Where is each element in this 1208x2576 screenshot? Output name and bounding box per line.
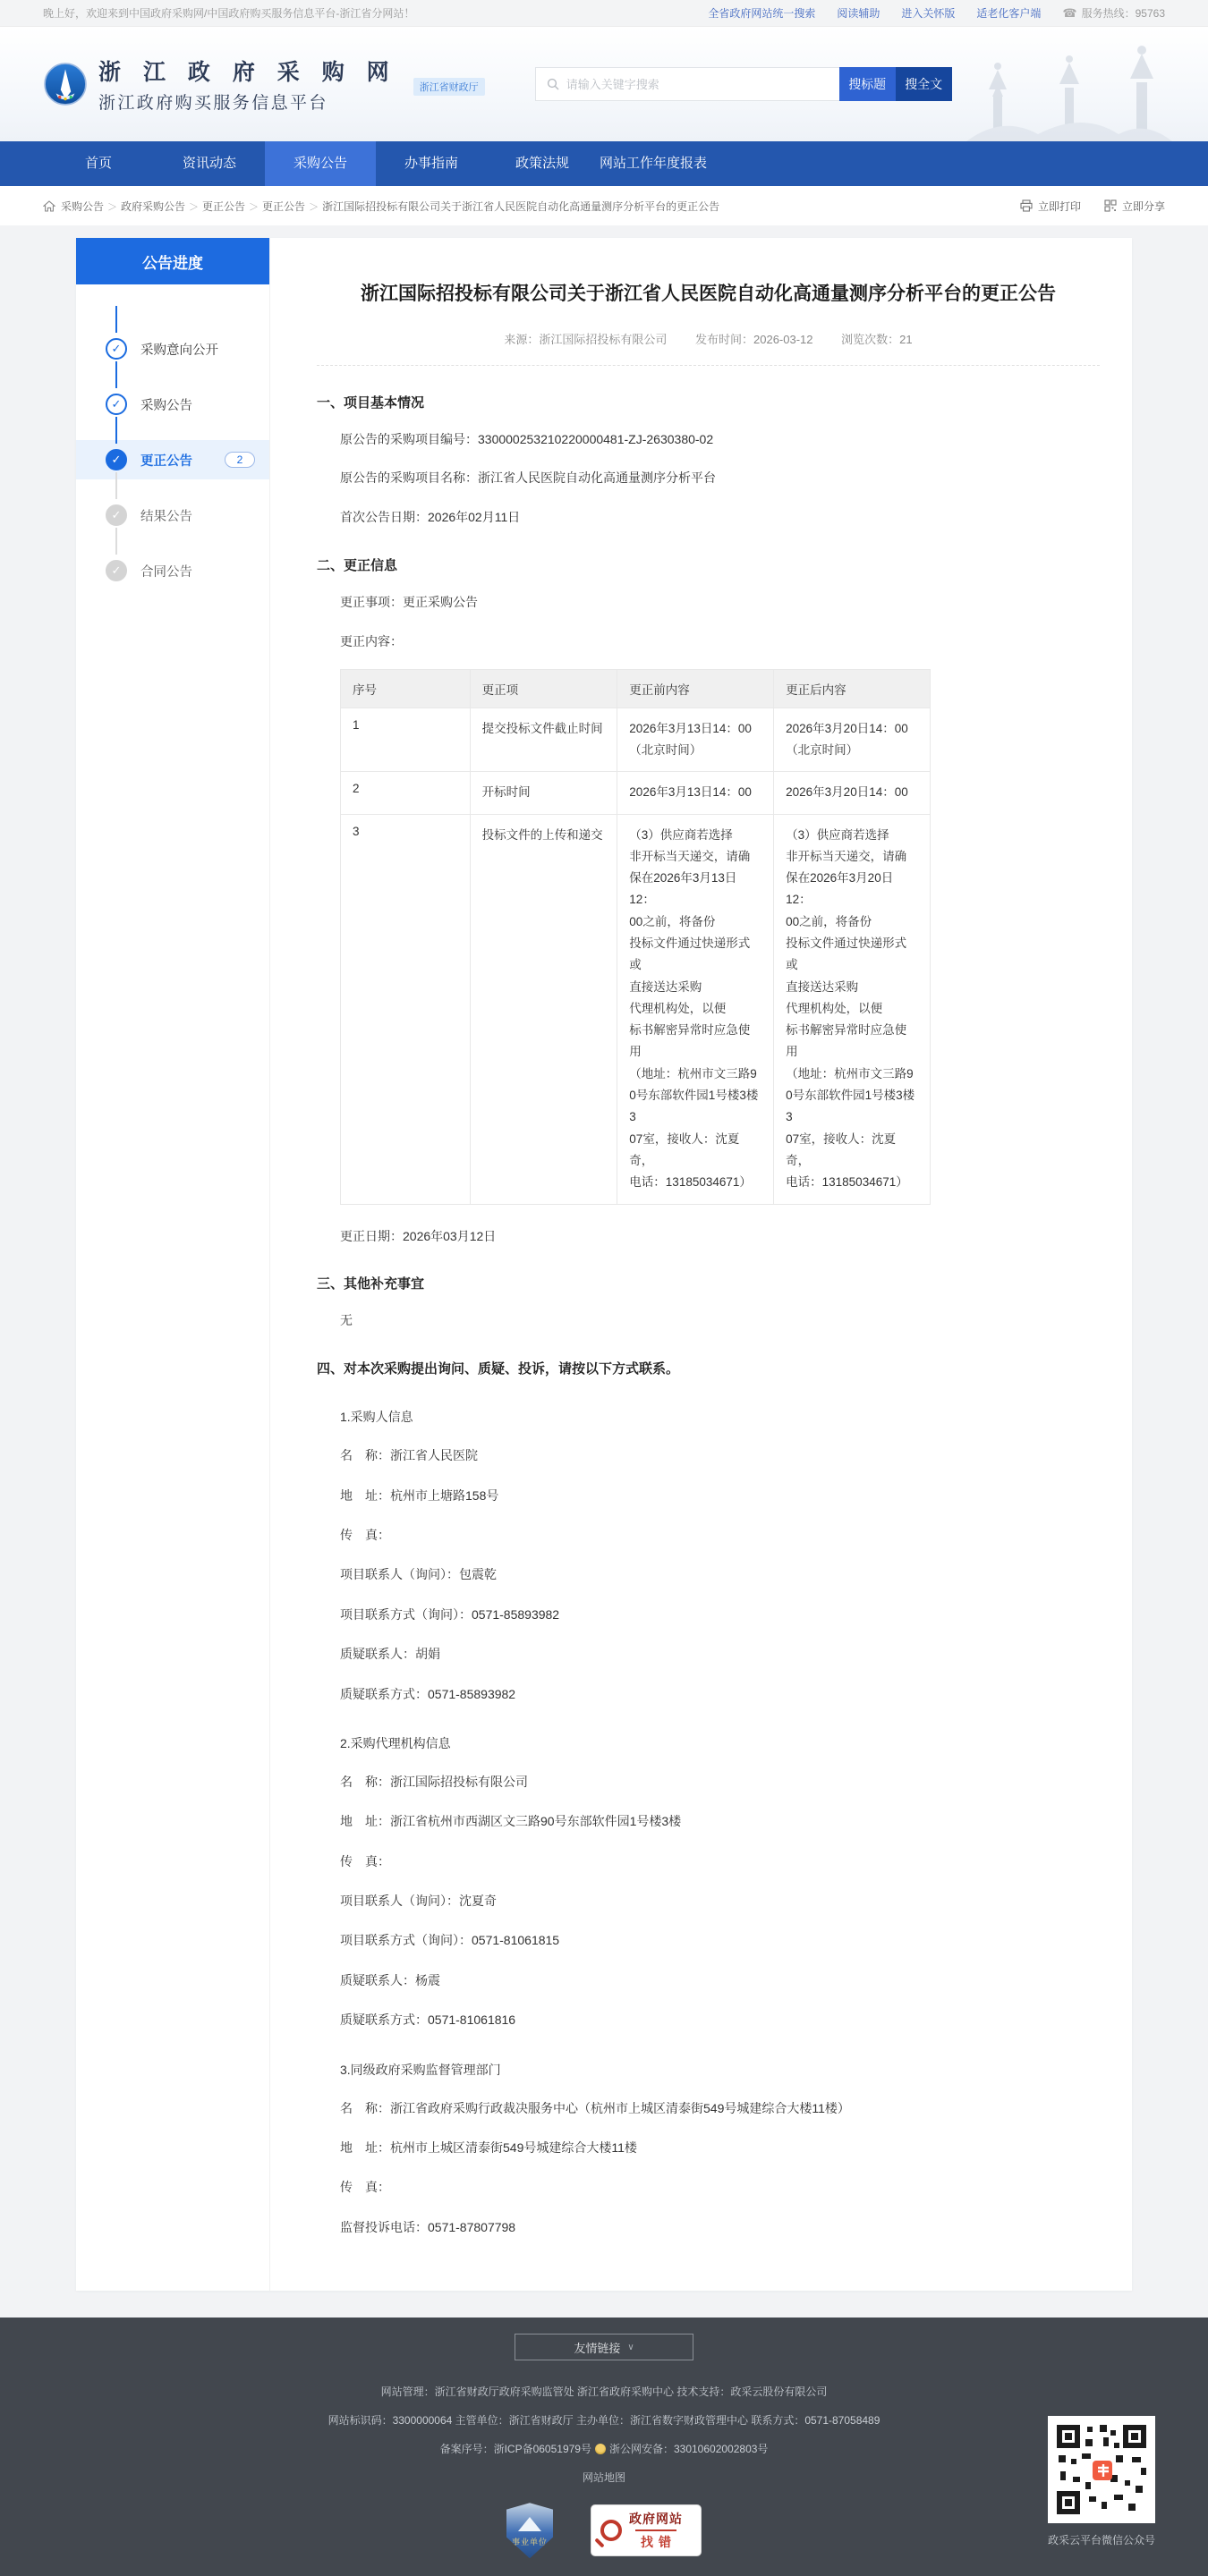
authority-badge: 浙江省财政厅 [413, 78, 485, 96]
footer-line: 网站标识码：3300000064 主管单位：浙江省财政厅 主办单位：浙江省数字财… [0, 2412, 1208, 2428]
sidebar-title: 公告进度 [76, 238, 269, 284]
column-header: 序号 [341, 669, 471, 708]
site-title: 浙 江 政 府 采 购 网 [98, 55, 397, 87]
nav-item[interactable]: 政策法规 [487, 141, 598, 186]
institution-shield-badge[interactable]: 事业单位 [506, 2503, 553, 2558]
column-header: 更正项 [470, 669, 617, 708]
topbar-link[interactable]: 进入关怀版 [901, 5, 955, 21]
table-row: 1 提交投标文件截止时间 2026年3月13日14：00 （北京时间） 2026… [341, 708, 931, 772]
section-4-title: 四、对本次采购提出询问、质疑、投诉，请按以下方式联系。 [317, 1359, 1100, 1377]
contact-line: 项目联系方式（询问）：0571-85893982 [340, 1605, 1100, 1624]
article-main: 浙江国际招投标有限公司关于浙江省人民医院自动化高通量测序分析平台的更正公告 来源… [270, 238, 1132, 2291]
contact-line: 质疑联系人：胡娟 [340, 1644, 1100, 1664]
topbar-link[interactable]: 阅读辅助 [837, 5, 880, 21]
breadcrumb: 采购公告政府采购公告更正公告更正公告浙江国际招投标有限公司关于浙江省人民医院自动… [61, 199, 719, 214]
breadcrumb-bar: 采购公告政府采购公告更正公告更正公告浙江国际招投标有限公司关于浙江省人民医院自动… [0, 186, 1208, 225]
divider [317, 365, 1100, 366]
contact-line: 项目联系人（询问）：包震乾 [340, 1564, 1100, 1584]
print-button[interactable]: 立即打印 [1020, 199, 1081, 214]
footer-line: 网站管理：浙江省财政厅政府采购监管处 浙江省政府采购中心 技术支持：政采云股份有… [0, 2384, 1208, 2399]
section-2-title: 二、更正信息 [317, 555, 1100, 574]
cell-num: 3 [341, 814, 471, 1204]
contact-block: 2.采购代理机构信息 名 称：浙江国际招投标有限公司地 址：浙江省杭州市西湖区文… [317, 1734, 1100, 2030]
nav-item[interactable]: 网站工作年度报表 [598, 141, 709, 186]
cell-before: 2026年3月13日14：00 [617, 772, 774, 814]
progress-step[interactable]: ✓ 采购公告 [76, 385, 269, 424]
cell-num: 1 [341, 708, 471, 772]
share-button[interactable]: 立即分享 [1104, 199, 1165, 214]
article-pubtime: 发布时间：2026-03-12 [695, 333, 813, 346]
cell-after: （3）供应商若选择 非开标当天递交，请确 保在2026年3月20日12： 00之… [774, 814, 931, 1204]
qr-caption: 政采云平台微信公众号 [1034, 2532, 1169, 2547]
search-icon [547, 78, 559, 90]
contact-heading: 2.采购代理机构信息 [340, 1734, 1100, 1752]
contact-line: 传 真： [340, 1525, 1100, 1545]
section-1-title: 一、项目基本情况 [317, 393, 1100, 411]
page-background: 公告进度 ✓ 采购意向公开 ✓ 采购公告 [0, 225, 1208, 2318]
nav-item[interactable]: 采购公告 [265, 141, 376, 186]
site-logo[interactable]: 浙 江 政 府 采 购 网 浙江政府购买服务信息平台 浙江省财政厅 [43, 55, 485, 114]
printer-icon [1020, 199, 1033, 212]
progress-step[interactable]: ✓ 采购意向公开 [76, 329, 269, 369]
contact-line: 地 址：杭州市上塘路158号 [340, 1486, 1100, 1505]
step-count-badge: 2 [225, 452, 255, 468]
breadcrumb-item[interactable]: 政府采购公告 [121, 199, 202, 214]
body-line: 更正事项：更正采购公告 [340, 592, 1100, 614]
contact-block: 1.采购人信息 名 称：浙江省人民医院地 址：杭州市上塘路158号传 真：项目联… [317, 1408, 1100, 1704]
cell-after: 2026年3月20日14：00 （北京时间） [774, 708, 931, 772]
mountain-icon [518, 2517, 541, 2531]
contact-line: 传 真： [340, 2177, 1100, 2197]
contact-line: 传 真： [340, 1851, 1100, 1871]
table-header-row: 序号 更正项 更正前内容 更正后内容 [341, 669, 931, 708]
greeting-text: 晚上好，欢迎来到中国政府采购网/中国政府购买服务信息平台-浙江省分网站！ [43, 5, 414, 21]
footer-info: 网站管理：浙江省财政厅政府采购监管处 浙江省政府采购中心 技术支持：政采云股份有… [0, 2384, 1208, 2485]
article-views: 浏览次数：21 [841, 333, 912, 346]
pagoda-decoration [966, 43, 1172, 141]
progress-step[interactable]: ✓ 合同公告 [76, 551, 269, 590]
wechat-qr-section: 政采云平台微信公众号 [1034, 2416, 1169, 2547]
site-header: 浙 江 政 府 采 购 网 浙江政府购买服务信息平台 浙江省财政厅 搜标题 搜全… [0, 27, 1208, 141]
breadcrumb-item[interactable]: 更正公告 [202, 199, 262, 214]
search-fulltext-button[interactable]: 搜全文 [896, 67, 952, 101]
check-icon: ✓ [106, 504, 127, 526]
main-nav: 首页 资讯动态 采购公告 办事指南 政策法规 网站工作年度报表 [0, 141, 1208, 186]
correction-date: 更正日期：2026年03月12日 [340, 1226, 1100, 1248]
article-meta: 来源：浙江国际招投标有限公司 发布时间：2026-03-12 浏览次数：21 [317, 330, 1100, 347]
gov-site-find-error-badge[interactable]: 政府网站 找错 [591, 2504, 702, 2556]
table-row: 3 投标文件的上传和递交 （3）供应商若选择 非开标当天递交，请确 保在2026… [341, 814, 931, 1204]
progress-steps: ✓ 采购意向公开 ✓ 采购公告 ✓ 更正公告 2 [76, 284, 269, 590]
progress-step[interactable]: ✓ 更正公告 2 [76, 440, 269, 479]
announcement-progress-sidebar: 公告进度 ✓ 采购意向公开 ✓ 采购公告 [76, 238, 270, 2291]
page-title: 浙江国际招投标有限公司关于浙江省人民医院自动化高通量测序分析平台的更正公告 [344, 279, 1073, 310]
body-line: 原公告的采购项目名称：浙江省人民医院自动化高通量测序分析平台 [340, 468, 1100, 489]
phone-icon: ☎ [1062, 6, 1076, 21]
chevron-down-icon: ∨ [627, 2343, 634, 2352]
cell-item: 投标文件的上传和递交 [470, 814, 617, 1204]
contact-blocks: 1.采购人信息 名 称：浙江省人民医院地 址：杭州市上塘路158号传 真：项目联… [317, 1408, 1100, 2237]
contact-heading: 1.采购人信息 [340, 1408, 1100, 1426]
site-subtitle: 浙江政府购买服务信息平台 [98, 89, 397, 114]
cell-item: 开标时间 [470, 772, 617, 814]
body-line: 原公告的采购项目编号：330000253210220000481-ZJ-2630… [340, 429, 1100, 451]
contact-line: 名 称：浙江省政府采购行政裁决服务中心（杭州市上城区清泰街549号城建综合大楼1… [340, 2098, 1100, 2118]
section-3-body: 无 [340, 1310, 1100, 1332]
nav-item[interactable]: 资讯动态 [154, 141, 265, 186]
article-source: 来源：浙江国际招投标有限公司 [504, 333, 667, 346]
contact-line: 质疑联系方式：0571-85893982 [340, 1684, 1100, 1704]
contact-line: 质疑联系方式：0571-81061816 [340, 2010, 1100, 2029]
body-line: 更正内容： [340, 631, 1100, 653]
topbar-link[interactable]: 全省政府网站统一搜索 [708, 5, 815, 21]
logo-emblem-icon [43, 62, 88, 106]
contact-line: 项目联系人（询问）：沈夏奇 [340, 1891, 1100, 1911]
progress-step[interactable]: ✓ 结果公告 [76, 496, 269, 535]
qr-share-icon [1104, 199, 1117, 212]
check-icon: ✓ [106, 338, 127, 360]
magnifier-icon [600, 2520, 622, 2541]
top-utility-bar: 晚上好，欢迎来到中国政府采购网/中国政府购买服务信息平台-浙江省分网站！ 全省政… [0, 0, 1208, 27]
topbar-link[interactable]: 适老化客户端 [976, 5, 1041, 21]
service-hotline: ☎ 服务热线：95763 [1062, 5, 1165, 21]
contact-line: 名 称：浙江国际招投标有限公司 [340, 1772, 1100, 1792]
contact-line: 地 址：杭州市上城区清泰街549号城建综合大楼11楼 [340, 2138, 1100, 2157]
check-icon: ✓ [106, 449, 127, 470]
table-row: 2 开标时间 2026年3月13日14：00 2026年3月20日14：00 [341, 772, 931, 814]
contact-line: 监督投诉电话：0571-87807798 [340, 2217, 1100, 2237]
contact-heading: 3.同级政府采购监督管理部门 [340, 2061, 1100, 2079]
check-icon: ✓ [106, 560, 127, 581]
cell-before: 2026年3月13日14：00 （北京时间） [617, 708, 774, 772]
body-line: 首次公告日期：2026年02月11日 [340, 507, 1100, 529]
contact-block: 3.同级政府采购监督管理部门 名 称：浙江省政府采购行政裁决服务中心（杭州市上城… [317, 2061, 1100, 2238]
cell-num: 2 [341, 772, 471, 814]
breadcrumb-item[interactable]: 采购公告 [61, 199, 121, 214]
column-header: 更正前内容 [617, 669, 774, 708]
search-title-button[interactable]: 搜标题 [839, 67, 896, 101]
contact-line: 项目联系方式（询问）：0571-81061815 [340, 1930, 1100, 1950]
check-icon: ✓ [106, 394, 127, 415]
contact-line: 地 址：浙江省杭州市西湖区文三路90号东部软件园1号楼3楼 [340, 1811, 1100, 1831]
qr-code [1048, 2416, 1155, 2523]
section-3-title: 三、其他补充事宜 [317, 1274, 1100, 1292]
breadcrumb-item[interactable]: 浙江国际招投标有限公司关于浙江省人民医院自动化高通量测序分析平台的更正公告 [322, 199, 719, 214]
gongan-badge-icon [595, 2444, 606, 2454]
sitemap-link[interactable]: 网站地图 [0, 2470, 1208, 2485]
search-area: 搜标题 搜全文 [535, 67, 952, 101]
cell-before: （3）供应商若选择 非开标当天递交，请确 保在2026年3月13日12： 00之… [617, 814, 774, 1204]
breadcrumb-item[interactable]: 更正公告 [262, 199, 322, 214]
nav-item[interactable]: 首页 [43, 141, 154, 186]
contact-line: 名 称：浙江省人民医院 [340, 1445, 1100, 1465]
site-footer: 友情链接 ∨ 网站管理：浙江省财政厅政府采购监管处 浙江省政府采购中心 技术支持… [0, 2318, 1208, 2576]
home-icon[interactable] [43, 200, 55, 212]
cell-item: 提交投标文件截止时间 [470, 708, 617, 772]
contact-line: 质疑联系人：杨震 [340, 1970, 1100, 1990]
nav-item[interactable]: 办事指南 [376, 141, 487, 186]
friend-links-dropdown[interactable]: 友情链接 ∨ [515, 2334, 693, 2360]
correction-table: 序号 更正项 更正前内容 更正后内容 1 提交投标文件截止时间 2026年3月1… [340, 669, 931, 1205]
footer-icp-line: 备案序号：浙ICP备06051979号浙公网安备：33010602002803号 [0, 2441, 1208, 2456]
search-input[interactable] [566, 78, 829, 91]
content-card: 公告进度 ✓ 采购意向公开 ✓ 采购公告 [76, 238, 1132, 2291]
column-header: 更正后内容 [774, 669, 931, 708]
cell-after: 2026年3月20日14：00 [774, 772, 931, 814]
